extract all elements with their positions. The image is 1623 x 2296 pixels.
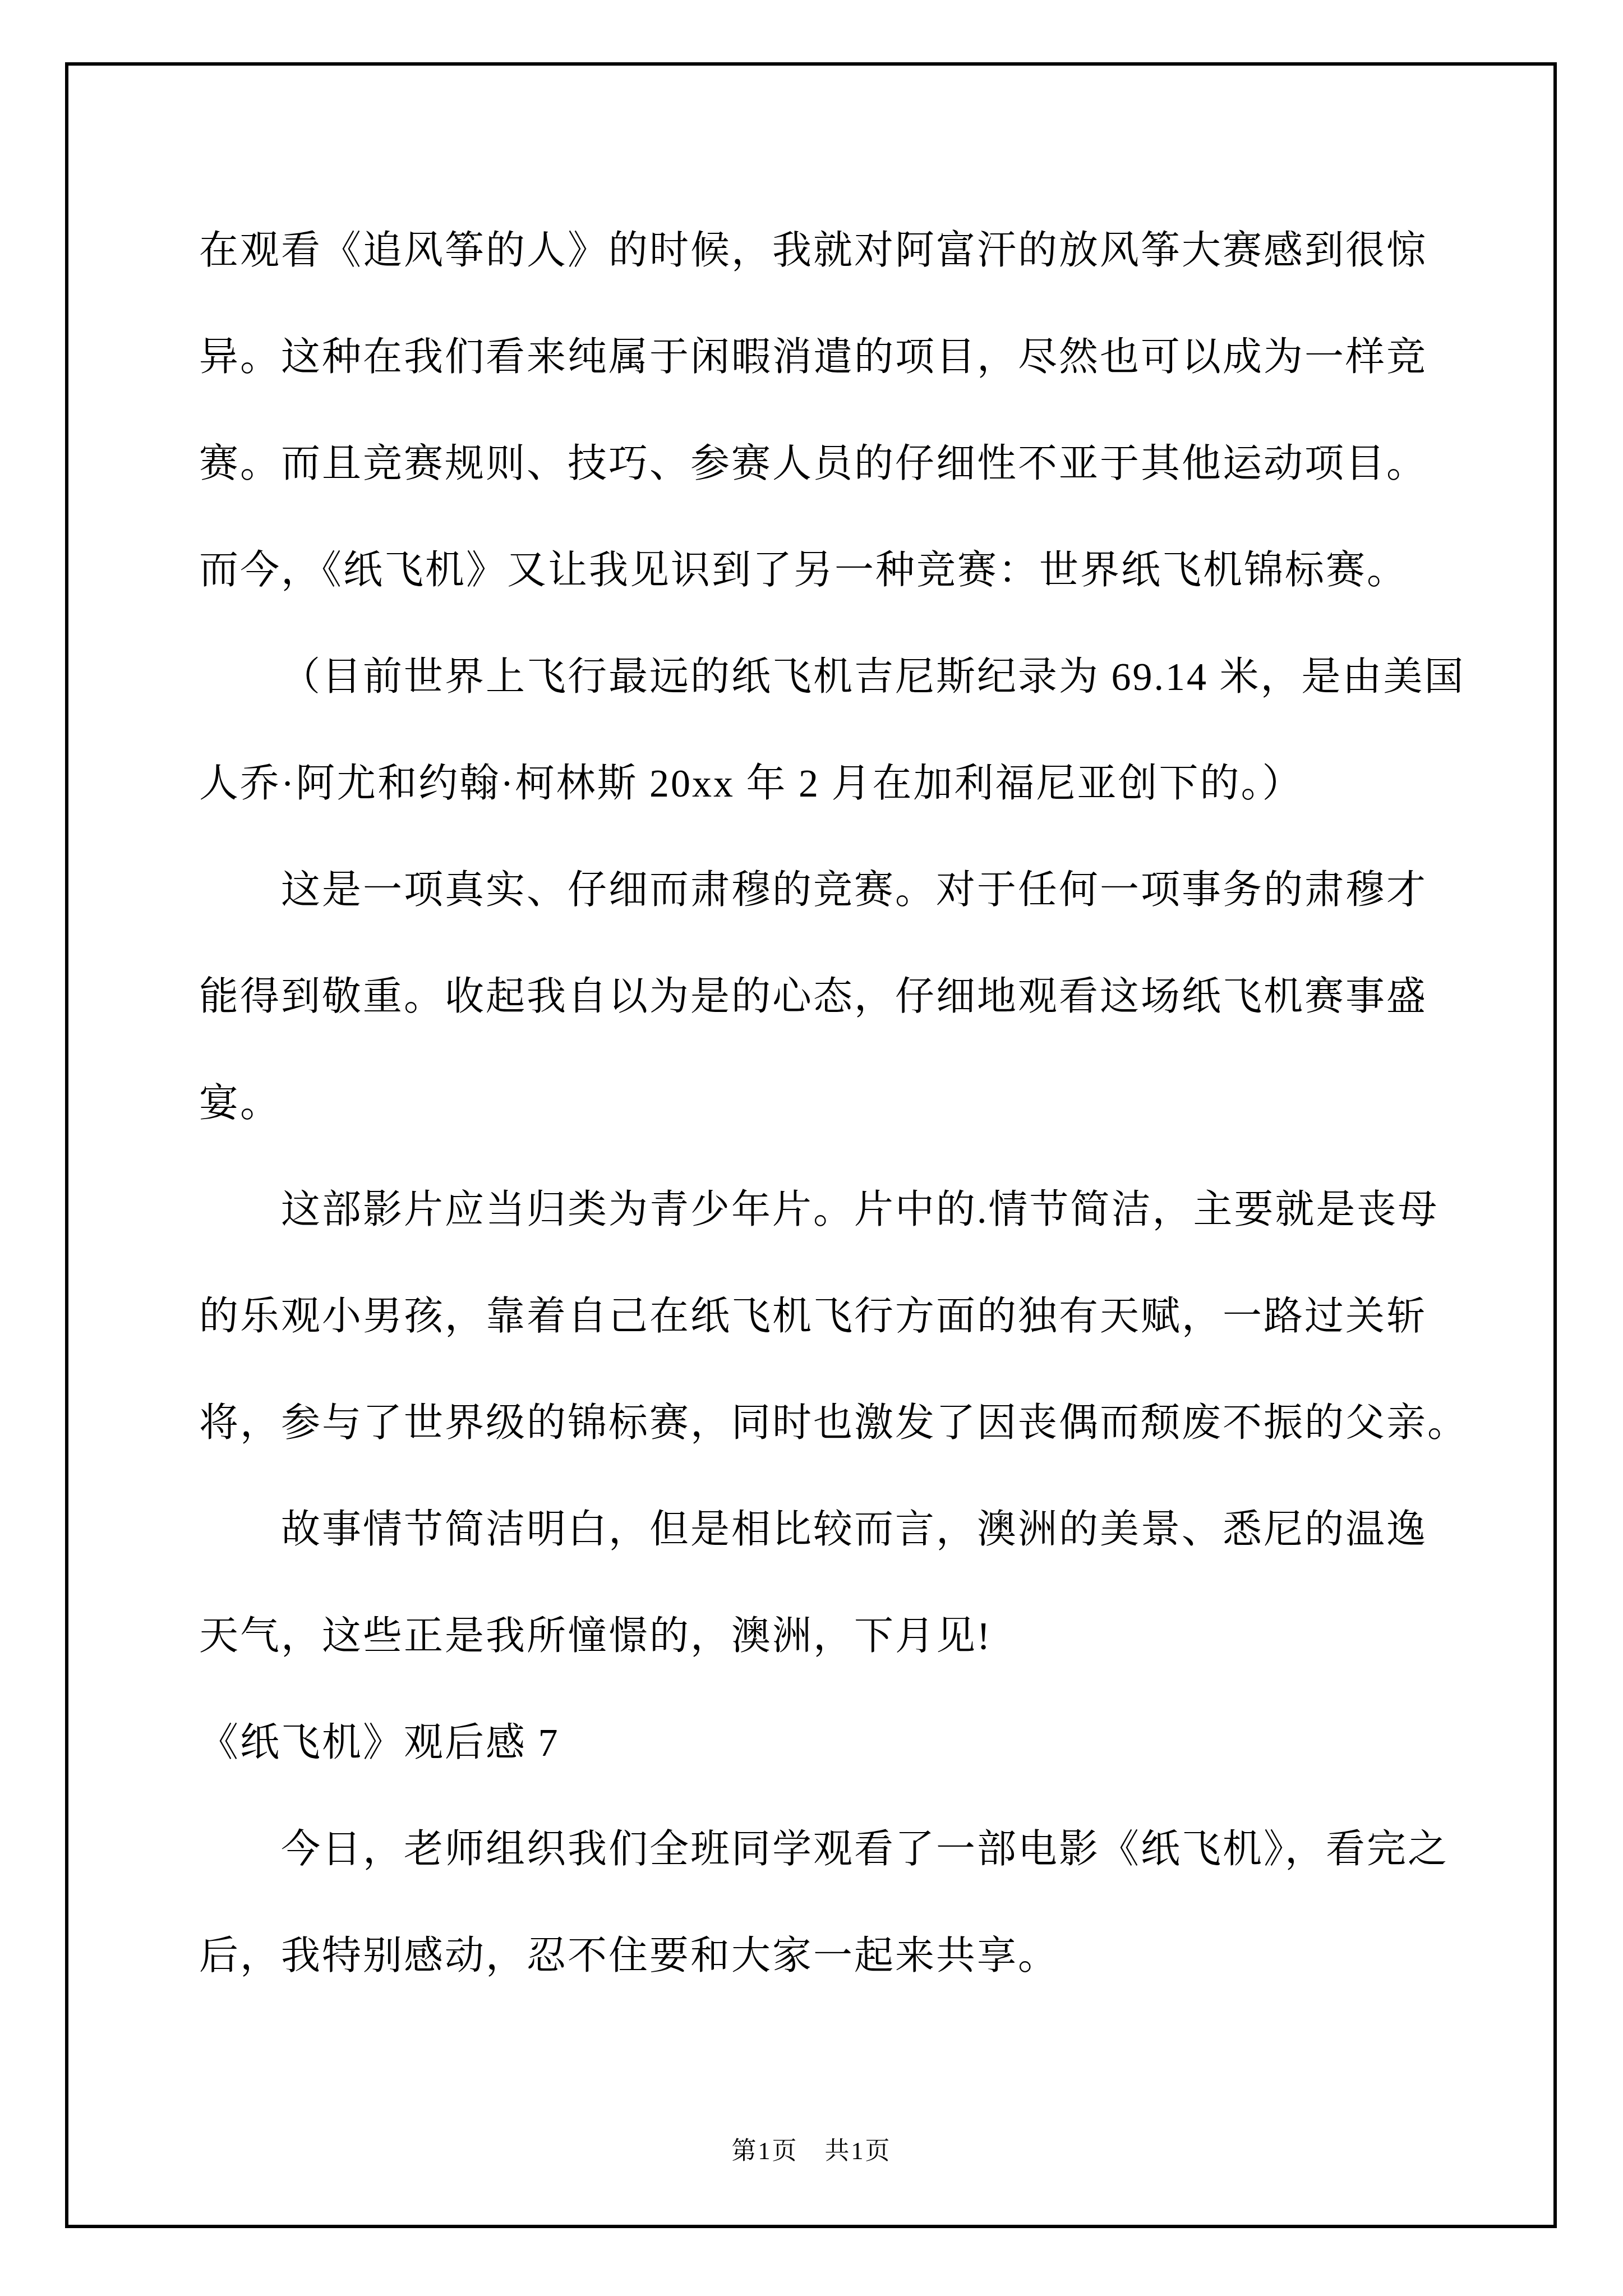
text-line: 将，参与了世界级的锦标赛，同时也激发了因丧偶而颓废不振的父亲。: [199, 1370, 1427, 1477]
text-line: 人乔·阿尤和约翰·柯林斯 20xx 年 2 月在加利福尼亚创下的。）: [199, 731, 1427, 838]
document-body: 在观看《追风筝的人》的时候，我就对阿富汗的放风筝大赛感到很惊 异。这种在我们看来…: [199, 198, 1427, 2010]
text-line: 的乐观小男孩，靠着自己在纸飞机飞行方面的独有天赋，一路过关斩: [199, 1264, 1427, 1370]
text-line: 故事情节简洁明白，但是相比较而言，澳洲的美景、悉尼的温逸: [199, 1477, 1427, 1584]
text-line: 今日，老师组织我们全班同学观看了一部电影《纸飞机》，看完之: [199, 1797, 1427, 1903]
text-line: 能得到敬重。收起我自以为是的心态，仔细地观看这场纸飞机赛事盛: [199, 944, 1427, 1051]
text-line: 这是一项真实、仔细而肃穆的竞赛。对于任何一项事务的肃穆才: [199, 838, 1427, 944]
text-line: 这部影片应当归类为青少年片。片中的.情节简洁，主要就是丧母: [199, 1157, 1427, 1264]
text-line: 异。这种在我们看来纯属于闲暇消遣的项目，尽然也可以成为一样竞: [199, 305, 1427, 411]
text-line: 在观看《追风筝的人》的时候，我就对阿富汗的放风筝大赛感到很惊: [199, 198, 1427, 305]
text-line: 后，我特别感动，忍不住要和大家一起来共享。: [199, 1903, 1427, 2010]
text-line: 而今，《纸飞机》又让我见识到了另一种竞赛：世界纸飞机锦标赛。: [199, 518, 1427, 624]
page-number-footer: 第1页 共1页: [0, 2131, 1623, 2166]
text-line: 天气，这些正是我所憧憬的，澳洲，下月见!: [199, 1584, 1427, 1690]
text-line: 宴。: [199, 1051, 1427, 1157]
text-line: 赛。而且竞赛规则、技巧、参赛人员的仔细性不亚于其他运动项目。: [199, 411, 1427, 518]
section-heading-line: 《纸飞机》观后感 7: [199, 1690, 1427, 1797]
text-line: （目前世界上飞行最远的纸飞机吉尼斯纪录为 69.14 米，是由美国: [199, 624, 1427, 731]
